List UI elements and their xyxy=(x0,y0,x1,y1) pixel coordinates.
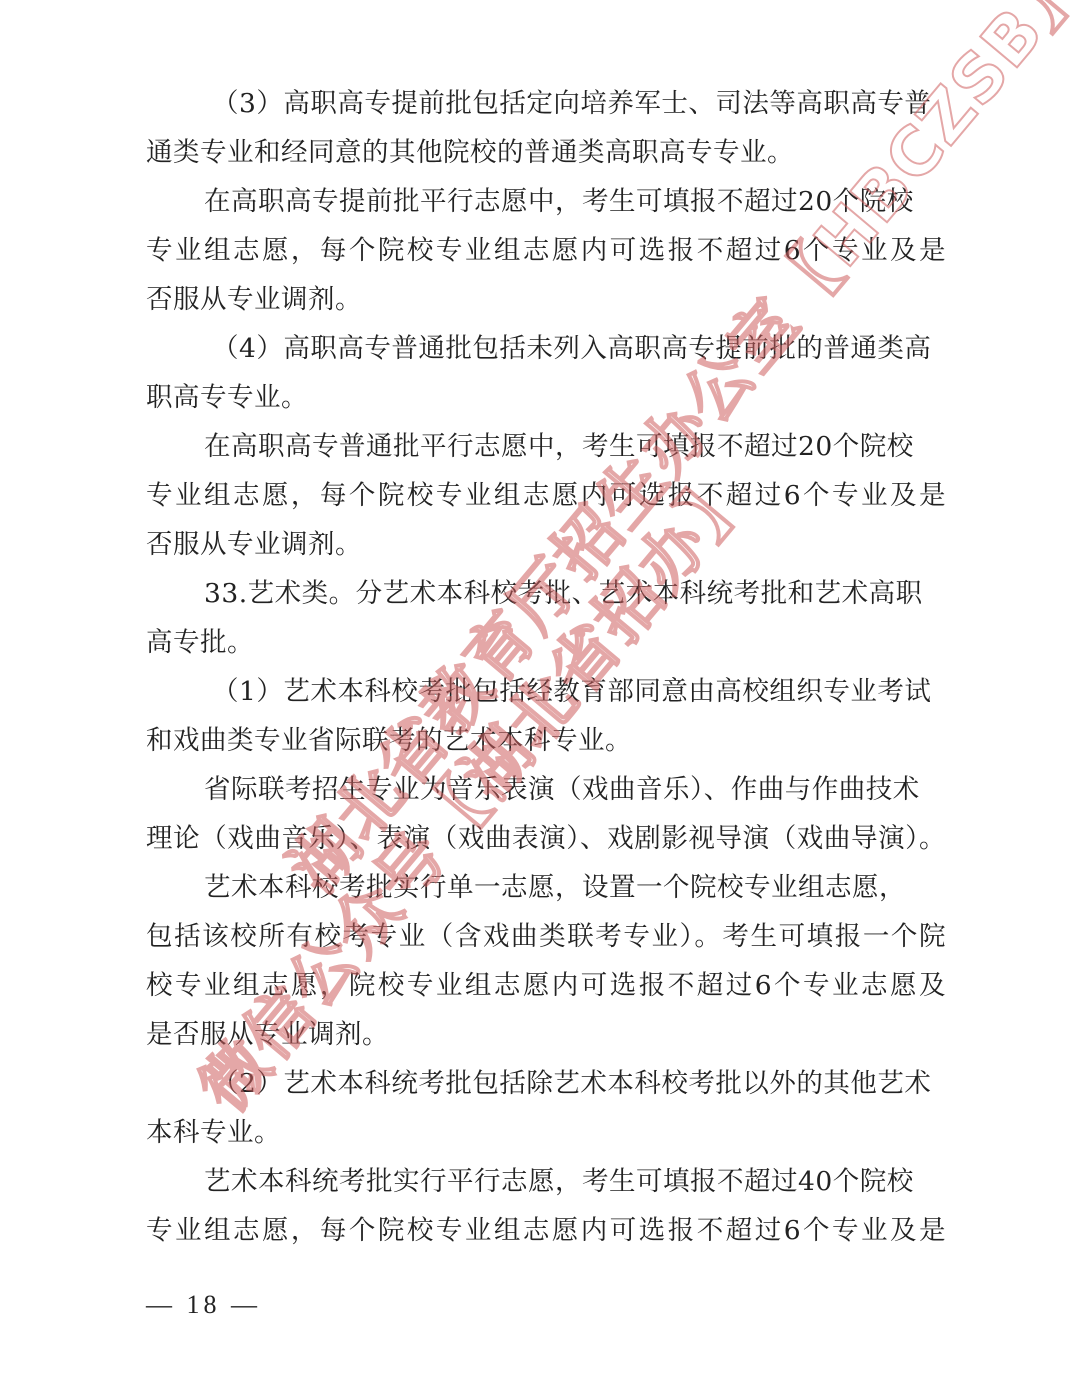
text-line: 专业组志愿，每个院校专业组志愿内可选报不超过6个专业及是 xyxy=(146,472,946,520)
text-line: 是否服从专业调剂。 xyxy=(146,1011,389,1059)
text-line: （2）艺术本科统考批包括除艺术本科校考批以外的其他艺术 xyxy=(146,1060,931,1108)
text-line: 通类专业和经同意的其他院校的普通类高职高专专业。 xyxy=(146,129,794,177)
text-line: 专业组志愿，每个院校专业组志愿内可选报不超过6个专业及是 xyxy=(146,227,946,275)
text-line: 艺术本科统考批实行平行志愿，考生可填报不超过40个院校 xyxy=(146,1158,914,1206)
text-line: 艺术本科校考批实行单一志愿，设置一个院校专业组志愿， xyxy=(146,864,906,912)
text-line: 专业组志愿，每个院校专业组志愿内可选报不超过6个专业及是 xyxy=(146,1207,946,1255)
text-line: 本科专业。 xyxy=(146,1109,281,1157)
text-line: 否服从专业调剂。 xyxy=(146,276,362,324)
text-line: 在高职高专提前批平行志愿中，考生可填报不超过20个院校 xyxy=(146,178,914,226)
text-line: 否服从专业调剂。 xyxy=(146,521,362,569)
text-line: 高专批。 xyxy=(146,619,254,667)
text-line: 省际联考招生专业为音乐表演（戏曲音乐）、作曲与作曲技术 xyxy=(146,766,920,814)
text-line: （1）艺术本科校考批包括经教育部同意由高校组织专业考试 xyxy=(146,668,931,716)
document-page: （3）高职高专提前批包括定向培养军士、司法等高职高专普 通类专业和经同意的其他院… xyxy=(0,0,1080,1376)
text-line: （4）高职高专普通批包括未列入高职高专提前批的普通类高 xyxy=(146,325,931,373)
page-number: — 18 — xyxy=(146,1290,261,1320)
text-line: 在高职高专普通批平行志愿中，考生可填报不超过20个院校 xyxy=(146,423,914,471)
text-line: 理论（戏曲音乐）、表演（戏曲表演）、戏剧影视导演（戏曲导演）。 xyxy=(146,815,946,863)
text-line: 和戏曲类专业省际联考的艺术本科专业。 xyxy=(146,717,632,765)
text-line: （3）高职高专提前批包括定向培养军士、司法等高职高专普 xyxy=(146,80,931,128)
section-heading-line: 33.艺术类。分艺术本科校考批、艺术本科统考批和艺术高职 xyxy=(146,570,923,618)
text-line: 校专业组志愿，院校专业组志愿内可选报不超过6个专业志愿及 xyxy=(146,962,946,1010)
text-line: 包括该校所有校考专业（含戏曲类联考专业）。考生可填报一个院 xyxy=(146,913,946,961)
text-line: 职高专专业。 xyxy=(146,374,308,422)
